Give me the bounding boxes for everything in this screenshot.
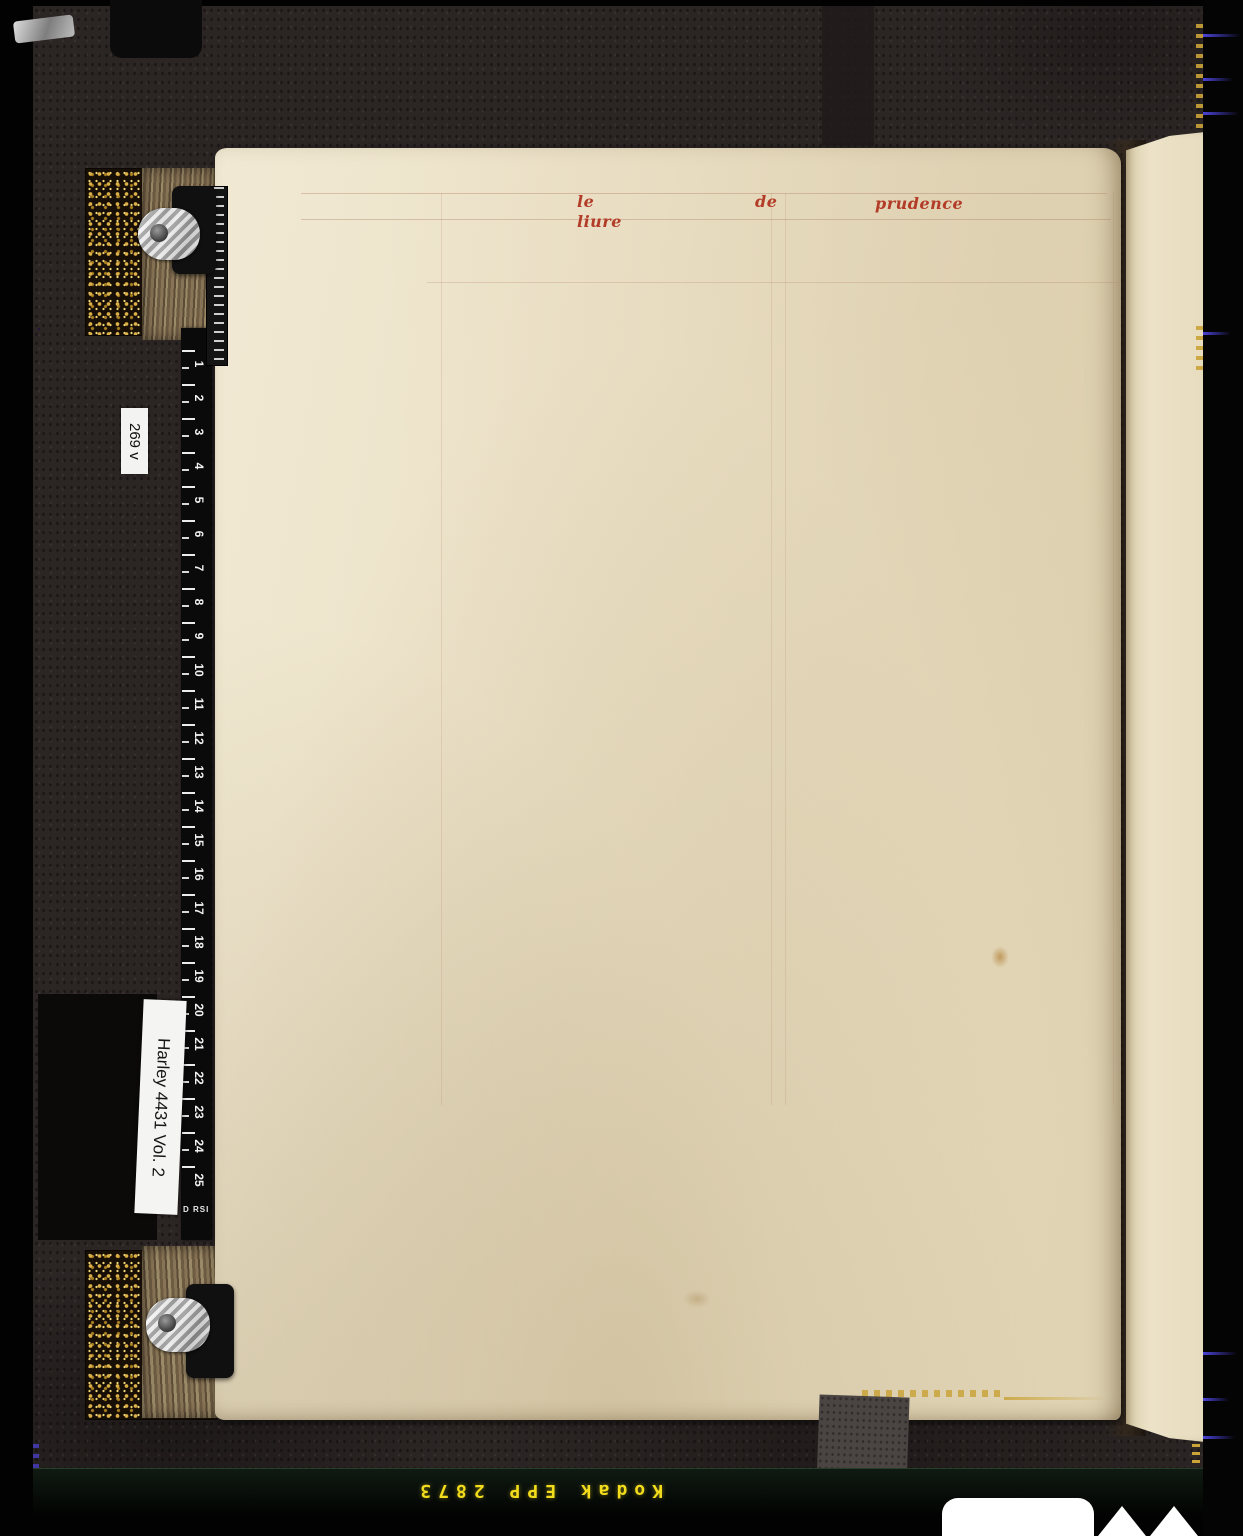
ruling-line: [301, 219, 1111, 220]
film-frame-right-bar: [1203, 0, 1243, 1536]
ruler-half-tick: [182, 673, 189, 675]
frame-clamp-top-left: [110, 0, 202, 58]
ruler-number: 17: [192, 901, 206, 915]
ruler-footer-text: D RSI: [183, 1205, 209, 1214]
ruler-tick: [182, 826, 195, 828]
photo-stage: le liure de prudence le raport que lente…: [0, 0, 1243, 1536]
felt-strap-top: [822, 6, 874, 146]
running-title-right: prudence: [875, 194, 963, 214]
ruler-half-tick: [182, 707, 189, 709]
ruler-tick: [182, 588, 195, 590]
binder-clip-handle-top: [138, 208, 200, 260]
ruler-half-tick: [182, 945, 189, 947]
ruler-number: 19: [192, 969, 206, 983]
ruler-tick: [182, 860, 195, 862]
ruler-half-tick: [182, 401, 189, 403]
ruler-tick: [182, 962, 195, 964]
film-light-streak: [1203, 1352, 1237, 1355]
running-title-center: de: [755, 192, 777, 212]
ruler-half-tick: [182, 775, 189, 777]
ruler-half-tick: [182, 741, 189, 743]
ruler-tick: [182, 894, 195, 896]
ruler-number: 18: [192, 935, 206, 949]
ruling-line: [1113, 193, 1114, 1105]
film-edge-label: Kodak EPP 2873: [333, 1475, 663, 1505]
ruler-half-tick: [182, 979, 189, 981]
ruler-tick: [182, 656, 195, 658]
ruler-half-tick: [182, 503, 189, 505]
ruling-line: [441, 193, 442, 1105]
ruler-half-tick: [182, 1149, 189, 1151]
ruler-number: 6: [192, 527, 206, 541]
ruler-number: 11: [192, 697, 206, 711]
ruler-number: 23: [192, 1105, 206, 1119]
ruler-tick: [182, 996, 195, 998]
photographic-ruler: 1234567891011121314151617181920212223242…: [181, 328, 212, 1240]
film-light-streak: [1203, 78, 1233, 81]
ruler-number: 9: [192, 629, 206, 643]
film-frame-marker-triangle: [1150, 1506, 1198, 1536]
ruler-tick: [182, 1166, 195, 1168]
facing-page-edge: auecques elles ogner et il conuiequentes…: [1126, 132, 1205, 1442]
ruler-tick: [182, 758, 195, 760]
film-light-streak: [1203, 112, 1239, 115]
ruler-number: 5: [192, 493, 206, 507]
ruler-half-tick: [182, 435, 189, 437]
ruler-number: 13: [192, 765, 206, 779]
ruler-half-tick: [182, 367, 189, 369]
color-patch: [38, 328, 40, 330]
ruling-line: [785, 193, 786, 1105]
film-light-streak: [1203, 332, 1231, 335]
ruler-number: 22: [192, 1071, 206, 1085]
film-light-streak: [1203, 34, 1241, 37]
ruler-tick: [182, 520, 195, 522]
ruling-line: [427, 282, 1119, 283]
ruler-half-tick: [182, 1115, 189, 1117]
ruler-number: 10: [192, 663, 206, 677]
binder-clip-handle-bottom: [146, 1298, 210, 1352]
ruler-number: 24: [192, 1139, 206, 1153]
clip-rivet-bottom: [158, 1314, 176, 1332]
ruler-number: 14: [192, 799, 206, 813]
ruler-tick: [182, 384, 195, 386]
ruler-half-tick: [182, 877, 189, 879]
ruler-number: 3: [192, 425, 206, 439]
ruler-tick: [182, 452, 195, 454]
ruler-number: 12: [192, 731, 206, 745]
ruler-tick: [182, 690, 195, 692]
ruler-number: 1: [192, 357, 206, 371]
ruler-half-tick: [182, 571, 189, 573]
ruler-tick: [182, 928, 195, 930]
manuscript-page: le liure de prudence le raport que lente…: [215, 148, 1121, 1420]
ruler-tick: [182, 724, 195, 726]
folio-label: 269 v: [121, 408, 148, 474]
film-frame-marker-triangle: [1098, 1506, 1146, 1536]
folio-label-text: 269 v: [126, 423, 143, 460]
film-light-streak: [1203, 1436, 1235, 1439]
ruler-half-tick: [182, 809, 189, 811]
ruler-number: 20: [192, 1003, 206, 1017]
ruler-number: 16: [192, 867, 206, 881]
ruler-number: 21: [192, 1037, 206, 1051]
gilt-edge-glint: [1004, 1397, 1108, 1400]
parchment-stain: [683, 1290, 711, 1308]
ruler-half-tick: [182, 639, 189, 641]
parchment-stain: [991, 946, 1009, 968]
ruler-tick: [182, 486, 195, 488]
ruler-tick: [182, 554, 195, 556]
ruler-tick: [182, 792, 195, 794]
shelfmark-label-text: Harley 4431 Vol. 2: [147, 1037, 173, 1177]
ruling-line: [771, 193, 772, 1105]
ruler-number: 7: [192, 561, 206, 575]
ruler-number: 2: [192, 391, 206, 405]
ruler-number: 25: [192, 1173, 206, 1187]
film-light-streak: [1203, 1398, 1229, 1401]
ruler-tick: [182, 418, 195, 420]
ruler-half-tick: [182, 605, 189, 607]
clip-rivet-top: [150, 224, 168, 242]
ruler-half-tick: [182, 911, 189, 913]
film-frame-marker: [942, 1498, 1094, 1536]
ruler-tick: [182, 622, 195, 624]
ruler-tick: [182, 1064, 195, 1066]
ruler-number: 4: [192, 459, 206, 473]
ruler-half-tick: [182, 469, 189, 471]
running-title-left: le liure: [577, 192, 622, 232]
ruler-half-tick: [182, 843, 189, 845]
ruling-line: [301, 193, 1107, 194]
ruler-tick: [182, 1098, 195, 1100]
ruler-tick: [182, 350, 195, 352]
ruler-tick: [182, 1132, 195, 1134]
ruler-number: 15: [192, 833, 206, 847]
ruler-half-tick: [182, 537, 189, 539]
ruler-number: 8: [192, 595, 206, 609]
